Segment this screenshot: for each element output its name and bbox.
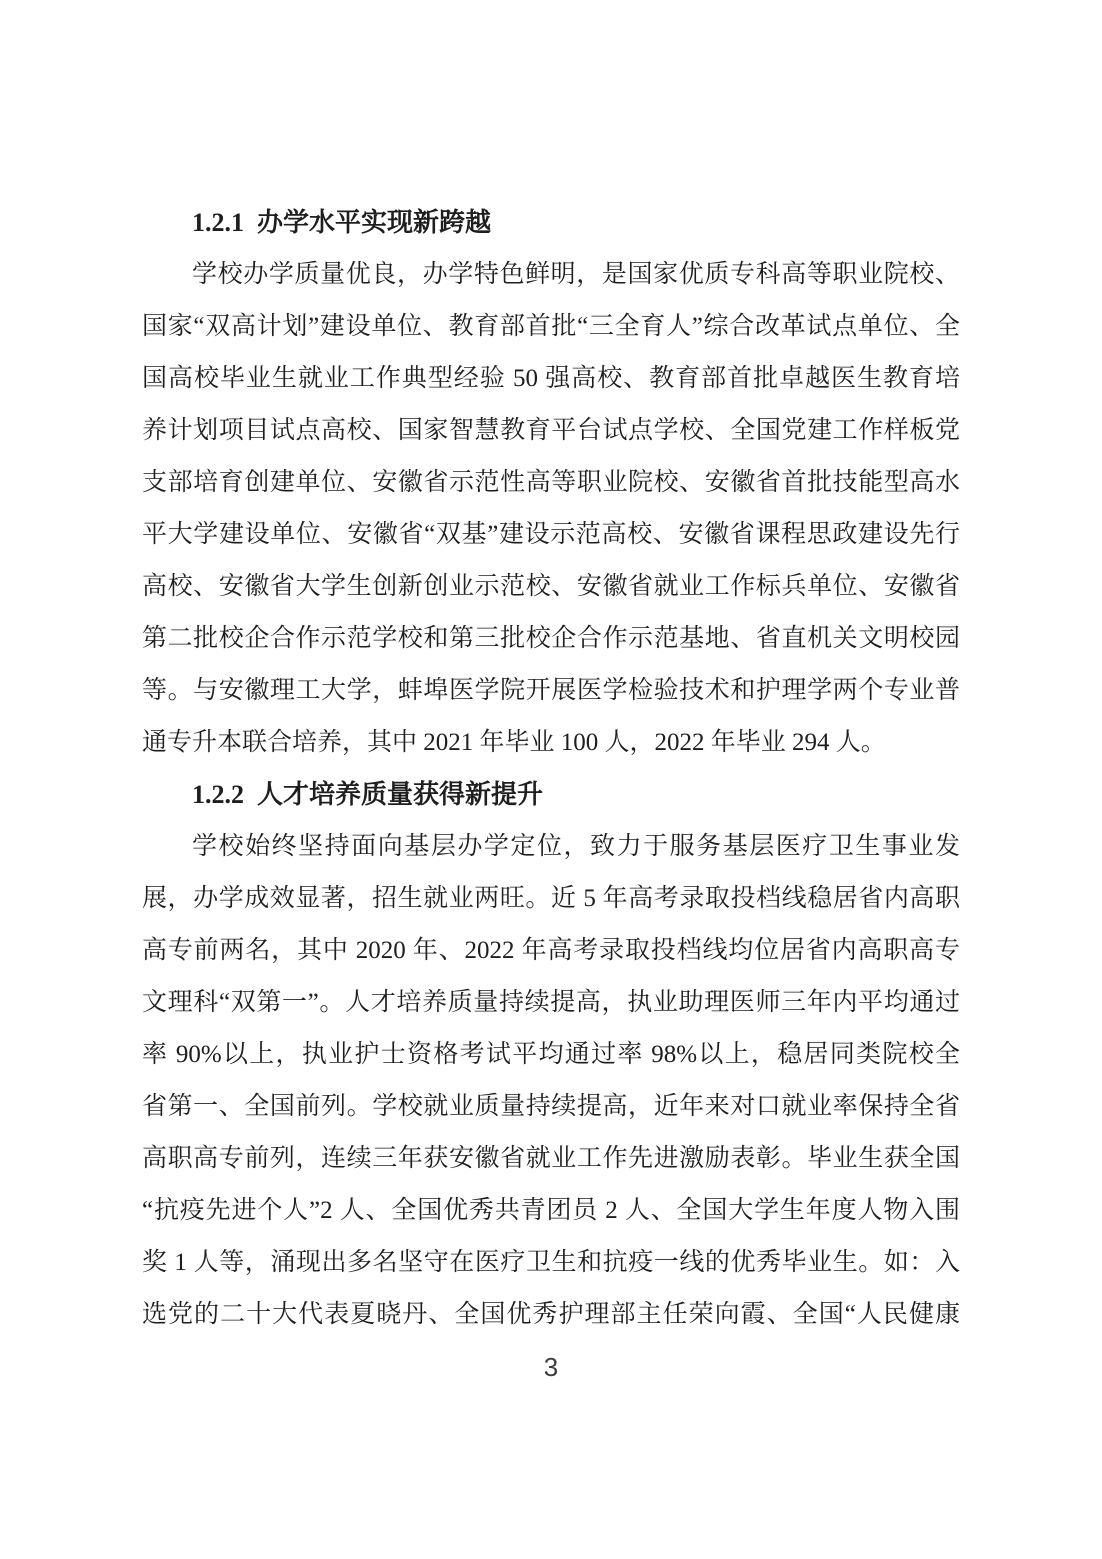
text-line: 学校办学质量优良，办学特色鲜明，是国家优质专科高等职业院校、 [142,249,960,301]
document-page: 1.2.1办学水平实现新跨越 学校办学质量优良，办学特色鲜明，是国家优质专科高等… [0,0,1102,1559]
text-line: 文理科“双第一”。人才培养质量持续提高，执业助理医师三年内平均通过 [142,977,960,1029]
text-line: 学校始终坚持面向基层办学定位，致力于服务基层医疗卫生事业发 [142,821,960,873]
text-line: 奖 1 人等，涌现出多名坚守在医疗卫生和抗疫一线的优秀毕业生。如：入 [142,1237,960,1289]
heading-number: 1.2.1 [192,208,244,237]
text-line: 选党的二十大代表夏晓丹、全国优秀护理部主任荣向霞、全国“人民健康 [142,1289,960,1341]
paragraph: 学校办学质量优良，办学特色鲜明，是国家优质专科高等职业院校、国家“双高计划”建设… [142,249,960,769]
text-line: 高职高专前列，连续三年获安徽省就业工作先进激励表彰。毕业生获全国 [142,1133,960,1185]
text-line: 省第一、全国前列。学校就业质量持续提高，近年来对口就业率保持全省 [142,1081,960,1133]
section-1-2-1: 1.2.1办学水平实现新跨越 学校办学质量优良，办学特色鲜明，是国家优质专科高等… [142,197,960,769]
heading-title: 人才培养质量获得新提升 [257,780,543,809]
text-line: “抗疫先进个人”2 人、全国优秀共青团员 2 人、全国大学生年度人物入围 [142,1185,960,1237]
text-line: 养计划项目试点高校、国家智慧教育平台试点学校、全国党建工作样板党 [142,405,960,457]
text-line: 国高校毕业生就业工作典型经验 50 强高校、教育部首批卓越医生教育培 [142,353,960,405]
section-1-2-2: 1.2.2人才培养质量获得新提升 学校始终坚持面向基层办学定位，致力于服务基层医… [142,769,960,1341]
document-content: 1.2.1办学水平实现新跨越 学校办学质量优良，办学特色鲜明，是国家优质专科高等… [142,197,960,1393]
text-line: 率 90%以上，执业护士资格考试平均通过率 98%以上，稳居同类院校全 [142,1029,960,1081]
section-heading: 1.2.2人才培养质量获得新提升 [142,769,960,821]
text-line: 高校、安徽省大学生创新创业示范校、安徽省就业工作标兵单位、安徽省 [142,561,960,613]
text-line: 平大学建设单位、安徽省“双基”建设示范高校、安徽省课程思政建设先行 [142,509,960,561]
heading-title: 办学水平实现新跨越 [257,208,491,237]
paragraph: 学校始终坚持面向基层办学定位，致力于服务基层医疗卫生事业发展，办学成效显著，招生… [142,821,960,1341]
text-line: 高专前两名，其中 2020 年、2022 年高考录取投档线均位居省内高职高专 [142,925,960,977]
text-line: 第二批校企合作示范学校和第三批校企合作示范基地、省直机关文明校园 [142,613,960,665]
page-number: 3 [142,1341,960,1393]
text-line: 国家“双高计划”建设单位、教育部首批“三全育人”综合改革试点单位、全 [142,301,960,353]
section-heading: 1.2.1办学水平实现新跨越 [142,197,960,249]
text-line: 支部培育创建单位、安徽省示范性高等职业院校、安徽省首批技能型高水 [142,457,960,509]
text-line: 展，办学成效显著，招生就业两旺。近 5 年高考录取投档线稳居省内高职 [142,873,960,925]
text-line: 通专升本联合培养，其中 2021 年毕业 100 人，2022 年毕业 294 … [142,717,960,769]
heading-number: 1.2.2 [192,780,244,809]
text-line: 等。与安徽理工大学，蚌埠医学院开展医学检验技术和护理学两个专业普 [142,665,960,717]
